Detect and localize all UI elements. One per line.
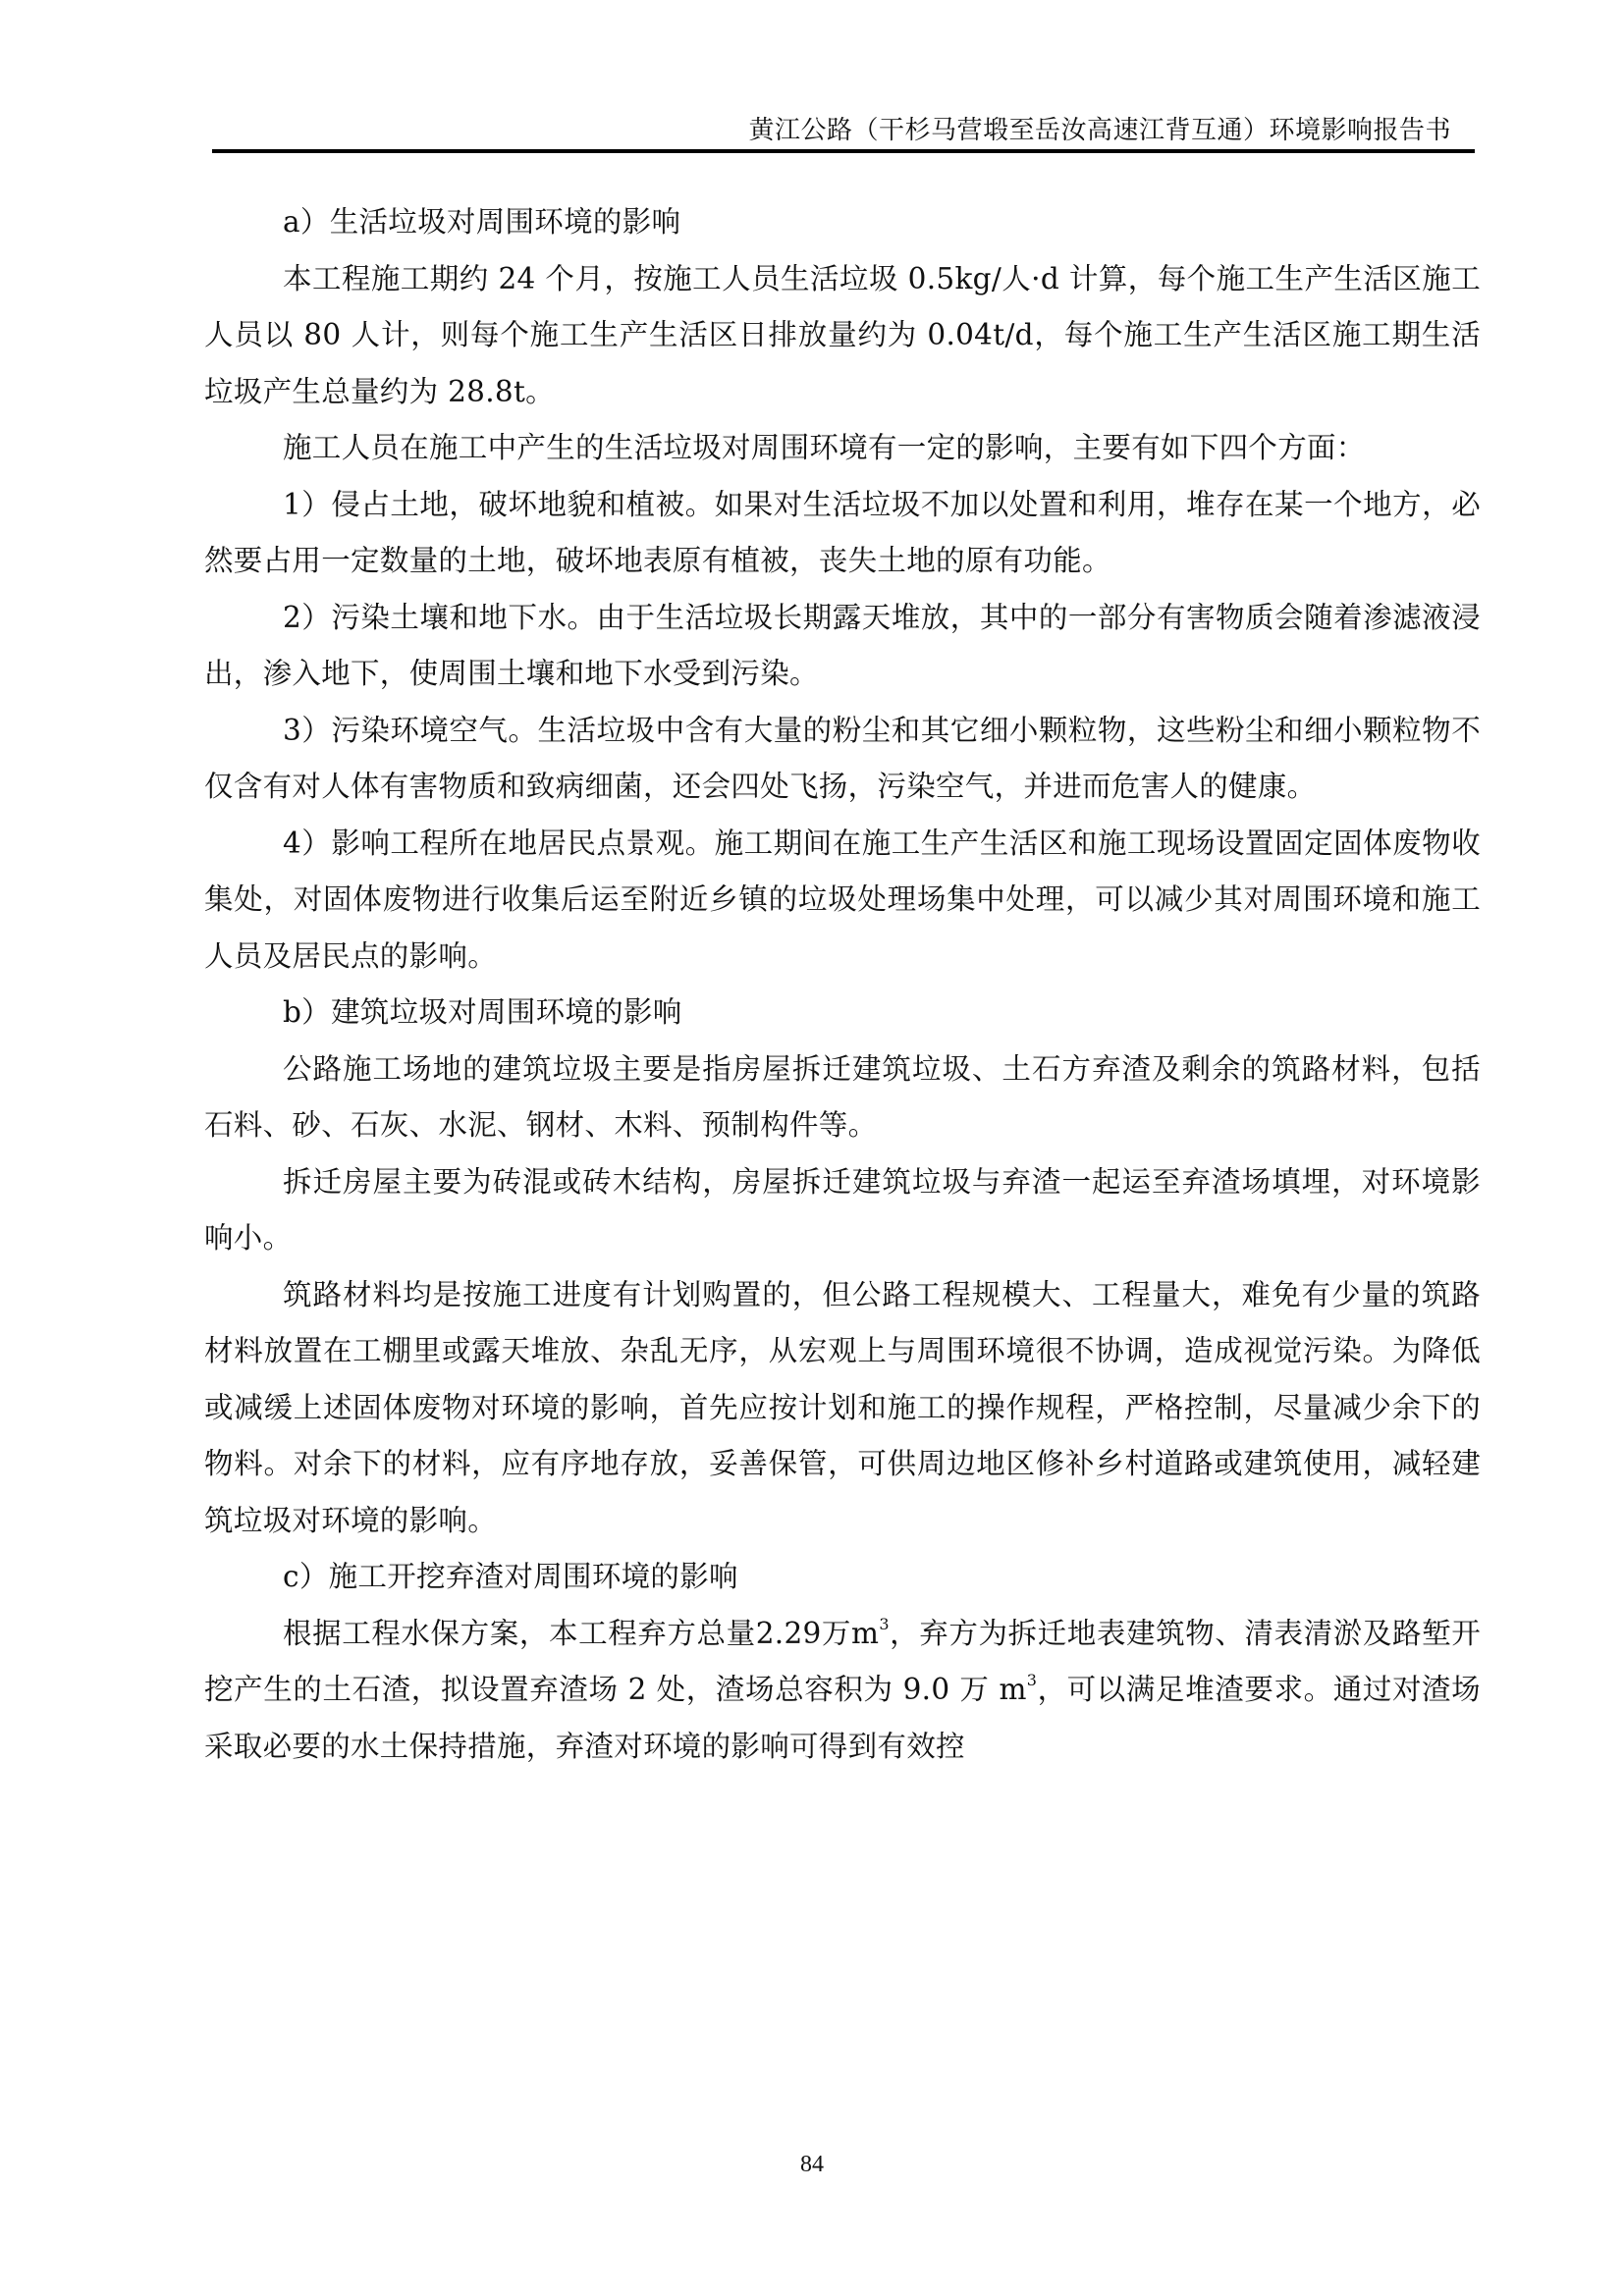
paragraph: 公路施工场地的建筑垃圾主要是指房屋拆迁建筑垃圾、土石方弃渣及剩余的筑路材料，包括… [204, 1041, 1481, 1154]
superscript: 3 [1027, 1671, 1037, 1689]
list-item: 4）影响工程所在地居民点景观。施工期间在施工生产生活区和施工现场设置固定固体废物… [204, 816, 1481, 986]
paragraph: 拆迁房屋主要为砖混或砖木结构，房屋拆迁建筑垃圾与弃渣一起运至弃渣场填埋，对环境影… [204, 1154, 1481, 1267]
section-heading-b: b）建筑垃圾对周围环境的影响 [204, 985, 1481, 1041]
text-run: 根据工程水保方案，本工程弃方总量2.29万m [283, 1617, 879, 1650]
section-heading-c: c）施工开挖弃渣对周围环境的影响 [204, 1549, 1481, 1606]
page-body: a）生活垃圾对周围环境的影响 本工程施工期约 24 个月，按施工人员生活垃圾 0… [204, 194, 1481, 1775]
page-number: 84 [0, 2152, 1624, 2178]
paragraph: 根据工程水保方案，本工程弃方总量2.29万m3，弃方为拆迁地表建筑物、清表清淤及… [204, 1606, 1481, 1776]
paragraph: 筑路材料均是按施工进度有计划购置的，但公路工程规模大、工程量大，难免有少量的筑路… [204, 1267, 1481, 1550]
section-heading-a: a）生活垃圾对周围环境的影响 [204, 194, 1481, 251]
list-item: 2）污染土壤和地下水。由于生活垃圾长期露天堆放，其中的一部分有害物质会随着渗滤液… [204, 590, 1481, 703]
list-item: 3）污染环境空气。生活垃圾中含有大量的粉尘和其它细小颗粒物，这些粉尘和细小颗粒物… [204, 703, 1481, 816]
document-title: 黄江公路（干杉马营塅至岳汝高速江背互通）环境影响报告书 [748, 110, 1451, 146]
paragraph: 本工程施工期约 24 个月，按施工人员生活垃圾 0.5kg/人·d 计算，每个施… [204, 251, 1481, 421]
paragraph: 施工人员在施工中产生的生活垃圾对周围环境有一定的影响，主要有如下四个方面： [204, 420, 1481, 477]
list-item: 1）侵占土地，破坏地貌和植被。如果对生活垃圾不加以处置和利用，堆存在某一个地方，… [204, 477, 1481, 590]
superscript: 3 [879, 1615, 889, 1633]
header-divider [212, 149, 1475, 153]
